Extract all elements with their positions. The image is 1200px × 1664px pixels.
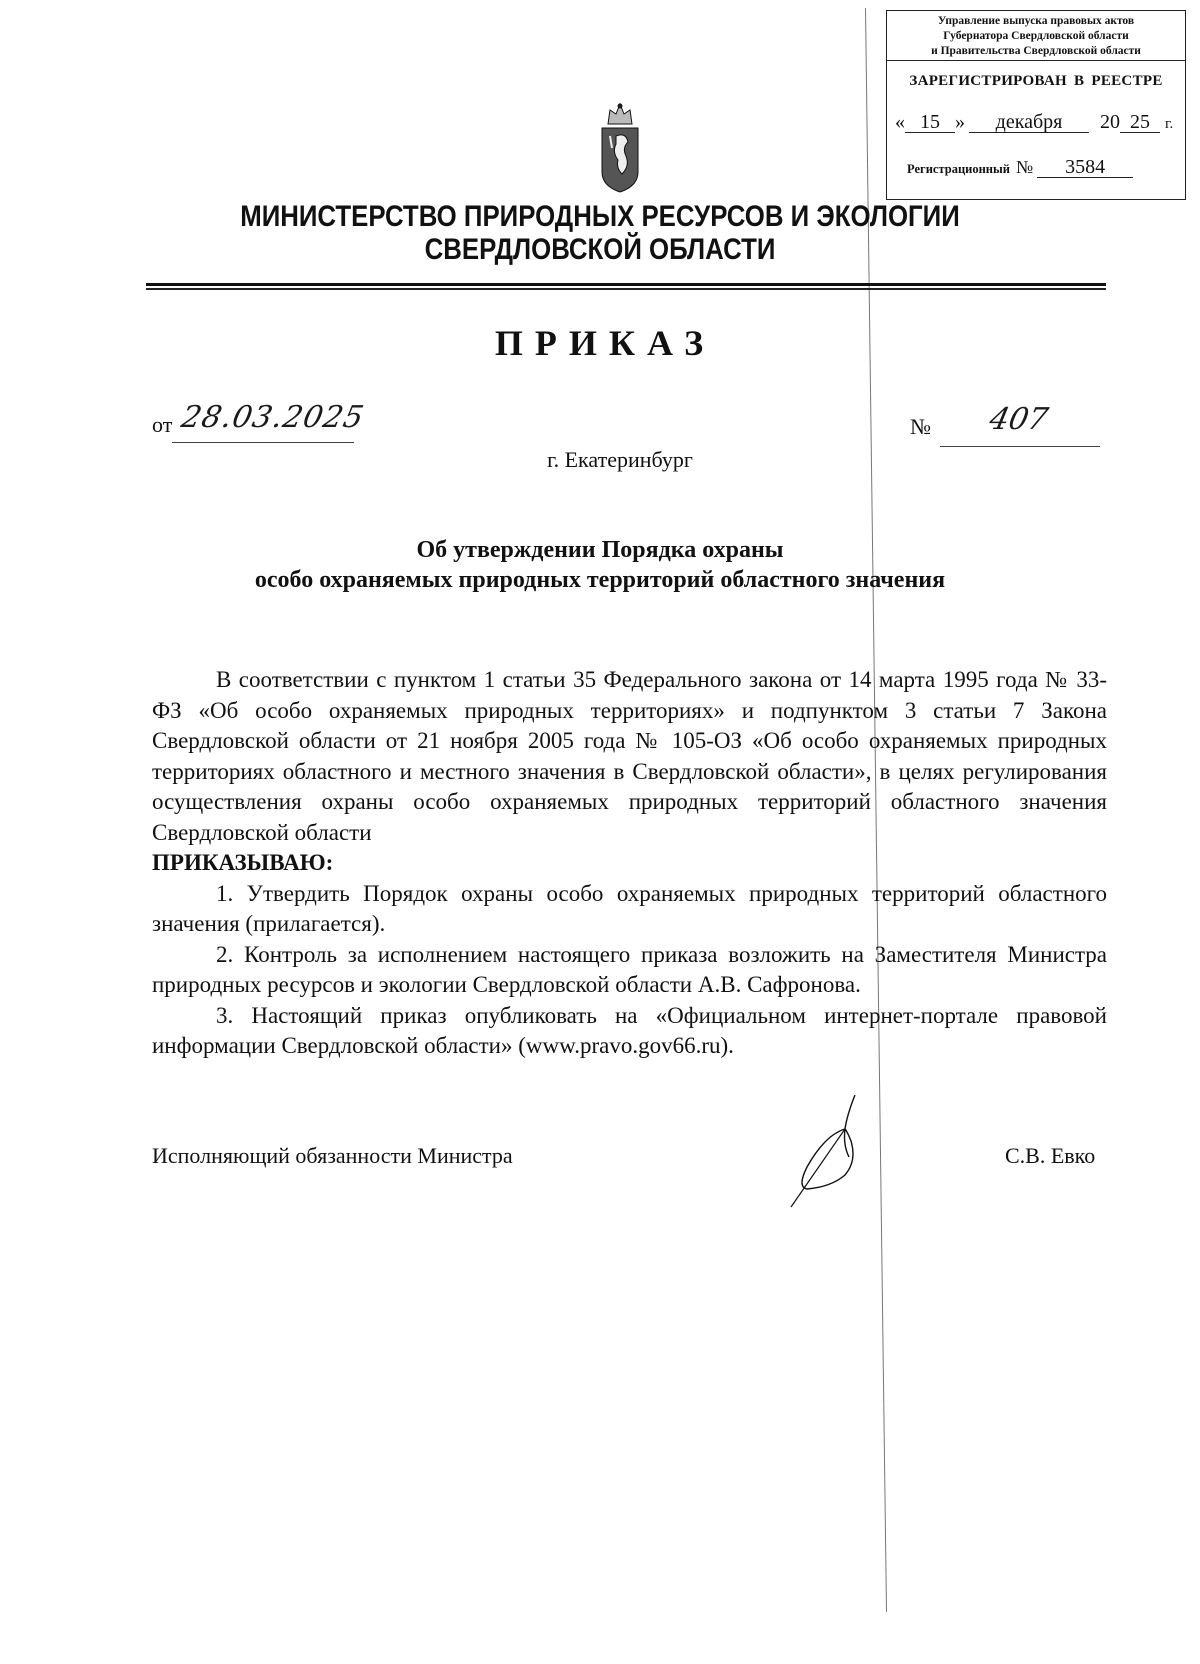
- document-type: ПРИКАЗ: [0, 322, 1200, 364]
- stamp-reg-number-label: Регистрационный: [907, 162, 1010, 176]
- order-item-1: 1. Утвердить Порядок охраны особо охраня…: [152, 879, 1107, 940]
- handwritten-signature-icon: [785, 1095, 895, 1215]
- document-title: Об утверждении Порядка охраны особо охра…: [0, 535, 1200, 595]
- date-handwritten: 28.03.2025: [178, 400, 367, 435]
- document-body: В соответствии с пунктом 1 статьи 35 Фед…: [152, 665, 1107, 1062]
- number-handwritten: 407: [986, 402, 1051, 437]
- ministry-name-line2: СВЕРДЛОВСКОЙ ОБЛАСТИ: [84, 233, 1116, 266]
- document-title-line1: Об утверждении Порядка охраны: [0, 535, 1200, 565]
- stamp-reg-number: Регистрационный№3584: [907, 157, 1133, 178]
- date-label: от: [152, 412, 172, 438]
- order-item-3: 3. Настоящий приказ опубликовать на «Офи…: [152, 1001, 1107, 1062]
- document-title-line2: особо охраняемых природных территорий об…: [0, 565, 1200, 595]
- signatory-name: С.В. Евко: [1005, 1143, 1095, 1169]
- city: г. Екатеринбург: [0, 447, 1200, 473]
- registration-stamp: Управление выпуска правовых актов Губерн…: [886, 10, 1186, 200]
- date-underline: [172, 442, 354, 443]
- header-rule-top: [146, 283, 1106, 286]
- stamp-date-open-quote: «: [895, 111, 905, 133]
- stamp-date-day: 15: [905, 112, 955, 133]
- ministry-name: МИНИСТЕРСТВО ПРИРОДНЫХ РЕСУРСОВ И ЭКОЛОГ…: [84, 200, 1116, 266]
- header-rule-bottom: [146, 288, 1106, 290]
- stamp-date-year-suffix: 25: [1120, 112, 1160, 133]
- number-label: №: [910, 414, 931, 440]
- stamp-header-line: Губернатора Свердловской области: [887, 29, 1185, 44]
- order-item-2: 2. Контроль за исполнением настоящего пр…: [152, 940, 1107, 1001]
- decree-word: ПРИКАЗЫВАЮ:: [152, 848, 1107, 879]
- signatory-position: Исполняющий обязанности Министра: [152, 1143, 513, 1169]
- stamp-reg-number-sign: №: [1016, 157, 1033, 177]
- preamble: В соответствии с пунктом 1 статьи 35 Фед…: [152, 665, 1107, 848]
- stamp-date-close-quote: »: [955, 111, 965, 133]
- stamp-header-line: Управление выпуска правовых актов: [887, 14, 1185, 29]
- stamp-registered-label: ЗАРЕГИСТРИРОВАН В РЕЕСТРЕ: [887, 73, 1185, 90]
- coat-of-arms-icon: [598, 102, 642, 198]
- stamp-date-month: декабря: [969, 112, 1089, 133]
- stamp-header-line: и Правительства Свердловской области: [887, 44, 1185, 59]
- ministry-name-line1: МИНИСТЕРСТВО ПРИРОДНЫХ РЕСУРСОВ И ЭКОЛОГ…: [84, 200, 1116, 233]
- stamp-header: Управление выпуска правовых актов Губерн…: [887, 11, 1185, 61]
- stamp-date-year-unit: г.: [1165, 116, 1173, 132]
- stamp-reg-number-value: 3584: [1037, 157, 1133, 178]
- stamp-date-year-prefix: 20: [1100, 111, 1120, 133]
- stamp-date: «15»декабря 2025 г.: [895, 111, 1173, 134]
